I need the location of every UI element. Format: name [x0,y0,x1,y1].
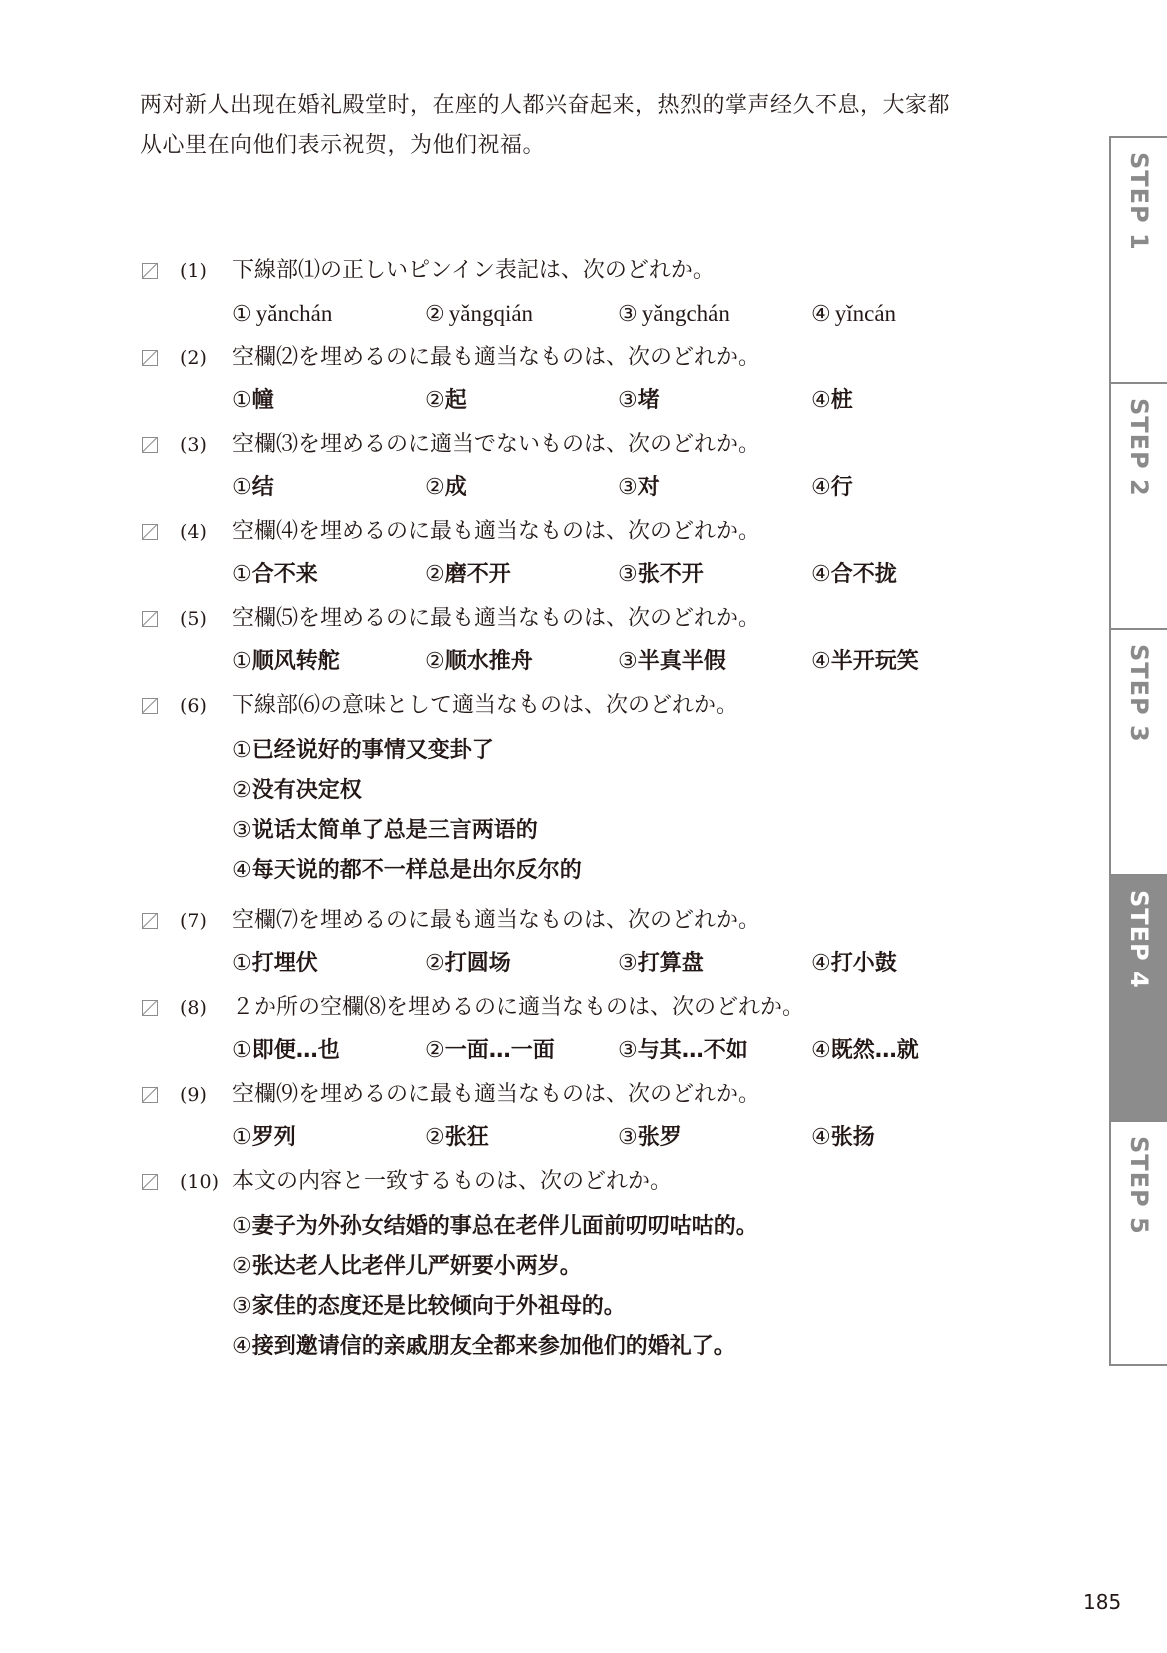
question-4: (4) 空欄⑷を埋めるのに最も適当なものは、次のどれか。 ①合不来 ②磨不开 ③… [140,519,1020,589]
option-2: ②起 [425,387,618,415]
question-text: 下線部⑹の意味として適当なものは、次のどれか。 [232,693,738,719]
question-text: 空欄⑶を埋めるのに適当でないものは、次のどれか。 [232,432,760,458]
question-text: 空欄⑺を埋めるのに最も適当なものは、次のどれか。 [232,908,760,934]
question-text: ２か所の空欄⑻を埋めるのに適当なものは、次のどれか。 [232,995,804,1021]
tab-step-2[interactable]: STEP 2 [1109,382,1167,628]
option-4: ④张扬 [811,1124,1004,1152]
question-number: (2) [180,345,207,371]
option-3: ③yǎngchán [618,300,811,328]
tab-label: STEP 4 [1125,890,1153,989]
question-number: (8) [180,995,207,1021]
question-list: (1) 下線部⑴の正しいピンイン表記は、次のどれか。 ①yǎnchán ②yǎn… [140,258,1020,1384]
option-3: ③说话太简单了总是三言两语的 [232,811,1020,851]
checkbox-icon[interactable] [142,913,158,929]
option-1: ①顺风转舵 [232,648,425,676]
tab-step-5[interactable]: STEP 5 [1109,1120,1167,1366]
option-2: ②顺水推舟 [425,648,618,676]
option-1: ①罗列 [232,1124,425,1152]
question-text: 空欄⑷を埋めるのに最も適当なものは、次のどれか。 [232,519,760,545]
option-4: ④半开玩笑 [811,648,1004,676]
option-4: ④每天说的都不一样总是出尔反尔的 [232,851,1020,891]
tab-label: STEP 2 [1125,398,1153,497]
checkbox-icon[interactable] [142,350,158,366]
options: ①妻子为外孙女结婚的事总在老伴儿面前叨叨咕咕的。 ②张达老人比老伴儿严妍要小两岁… [232,1207,1020,1367]
option-3: ③张不开 [618,561,811,589]
option-4: ④行 [811,474,1004,502]
options: ①即便…也 ②一面…一面 ③与其…不如 ④既然…就 [232,1037,1020,1065]
option-4: ④接到邀请信的亲戚朋友全都来参加他们的婚礼了。 [232,1327,1020,1367]
question-number: (10) [180,1169,219,1195]
option-3: ③与其…不如 [618,1037,811,1065]
option-3: ③对 [618,474,811,502]
options: ①yǎnchán ②yǎngqián ③yǎngchán ④yǐncán [232,300,1020,328]
question-number: (9) [180,1082,207,1108]
tab-label: STEP 1 [1125,152,1153,251]
question-2: (2) 空欄⑵を埋めるのに最も適当なものは、次のどれか。 ①幢 ②起 ③堵 ④桩 [140,345,1020,415]
checkbox-icon[interactable] [142,1000,158,1016]
question-9: (9) 空欄⑼を埋めるのに最も適当なものは、次のどれか。 ①罗列 ②张狂 ③张罗… [140,1082,1020,1152]
checkbox-icon[interactable] [142,263,158,279]
checkbox-icon[interactable] [142,698,158,714]
option-2: ②张达老人比老伴儿严妍要小两岁。 [232,1247,1020,1287]
option-3: ③家佳的态度还是比较倾向于外祖母的。 [232,1287,1020,1327]
question-text: 空欄⑵を埋めるのに最も適当なものは、次のどれか。 [232,345,760,371]
option-1: ①已经说好的事情又变卦了 [232,731,1020,771]
option-1: ①yǎnchán [232,300,425,328]
question-text: 空欄⑼を埋めるのに最も適当なものは、次のどれか。 [232,1082,760,1108]
options: ①顺风转舵 ②顺水推舟 ③半真半假 ④半开玩笑 [232,648,1020,676]
step-tabs: STEP 1 STEP 2 STEP 3 STEP 4 STEP 5 [1109,136,1167,1366]
options: ①罗列 ②张狂 ③张罗 ④张扬 [232,1124,1020,1152]
tab-step-3[interactable]: STEP 3 [1109,628,1167,874]
question-1: (1) 下線部⑴の正しいピンイン表記は、次のどれか。 ①yǎnchán ②yǎn… [140,258,1020,328]
option-3: ③张罗 [618,1124,811,1152]
question-3: (3) 空欄⑶を埋めるのに適当でないものは、次のどれか。 ①结 ②成 ③对 ④行 [140,432,1020,502]
option-2: ②yǎngqián [425,300,618,328]
question-number: (6) [180,693,207,719]
options: ①结 ②成 ③对 ④行 [232,474,1020,502]
question-text: 下線部⑴の正しいピンイン表記は、次のどれか。 [232,258,715,284]
option-4: ④桩 [811,387,1004,415]
tab-step-4[interactable]: STEP 4 [1109,874,1167,1120]
question-number: (7) [180,908,207,934]
option-3: ③堵 [618,387,811,415]
question-number: (5) [180,606,207,632]
option-2: ②没有决定权 [232,771,1020,811]
question-number: (4) [180,519,207,545]
option-3: ③打算盘 [618,950,811,978]
options: ①已经说好的事情又变卦了 ②没有决定权 ③说话太简单了总是三言两语的 ④每天说的… [232,731,1020,891]
checkbox-icon[interactable] [142,611,158,627]
question-number: (1) [180,258,207,284]
question-text: 本文の内容と一致するものは、次のどれか。 [232,1169,672,1195]
tab-label: STEP 3 [1125,644,1153,743]
options: ①幢 ②起 ③堵 ④桩 [232,387,1020,415]
option-2: ②张狂 [425,1124,618,1152]
option-2: ②一面…一面 [425,1037,618,1065]
checkbox-icon[interactable] [142,1087,158,1103]
option-1: ①妻子为外孙女结婚的事总在老伴儿面前叨叨咕咕的。 [232,1207,1020,1247]
option-1: ①合不来 [232,561,425,589]
checkbox-icon[interactable] [142,524,158,540]
intro-paragraph: 两对新人出现在婚礼殿堂时，在座的人都兴奋起来，热烈的掌声经久不息，大家都 从心里… [140,86,1020,166]
checkbox-icon[interactable] [142,437,158,453]
intro-line-2: 从心里在向他们表示祝贺，为他们祝福。 [140,126,1020,166]
option-4: ④yǐncán [811,300,1004,328]
checkbox-icon[interactable] [142,1174,158,1190]
option-1: ①打埋伏 [232,950,425,978]
option-4: ④打小鼓 [811,950,1004,978]
option-1: ①结 [232,474,425,502]
question-5: (5) 空欄⑸を埋めるのに最も適当なものは、次のどれか。 ①顺风转舵 ②顺水推舟… [140,606,1020,676]
tab-step-1[interactable]: STEP 1 [1109,136,1167,382]
option-2: ②磨不开 [425,561,618,589]
option-1: ①即便…也 [232,1037,425,1065]
option-4: ④既然…就 [811,1037,1004,1065]
page-number: 185 [1083,1590,1121,1614]
question-10: (10) 本文の内容と一致するものは、次のどれか。 ①妻子为外孙女结婚的事总在老… [140,1169,1020,1367]
tab-label: STEP 5 [1125,1136,1153,1235]
option-2: ②打圆场 [425,950,618,978]
option-2: ②成 [425,474,618,502]
question-8: (8) ２か所の空欄⑻を埋めるのに適当なものは、次のどれか。 ①即便…也 ②一面… [140,995,1020,1065]
options: ①打埋伏 ②打圆场 ③打算盘 ④打小鼓 [232,950,1020,978]
option-4: ④合不拢 [811,561,1004,589]
question-number: (3) [180,432,207,458]
question-7: (7) 空欄⑺を埋めるのに最も適当なものは、次のどれか。 ①打埋伏 ②打圆场 ③… [140,908,1020,978]
intro-line-1: 两对新人出现在婚礼殿堂时，在座的人都兴奋起来，热烈的掌声经久不息，大家都 [140,86,1020,126]
question-6: (6) 下線部⑹の意味として適当なものは、次のどれか。 ①已经说好的事情又变卦了… [140,693,1020,891]
options: ①合不来 ②磨不开 ③张不开 ④合不拢 [232,561,1020,589]
question-text: 空欄⑸を埋めるのに最も適当なものは、次のどれか。 [232,606,760,632]
option-1: ①幢 [232,387,425,415]
option-3: ③半真半假 [618,648,811,676]
